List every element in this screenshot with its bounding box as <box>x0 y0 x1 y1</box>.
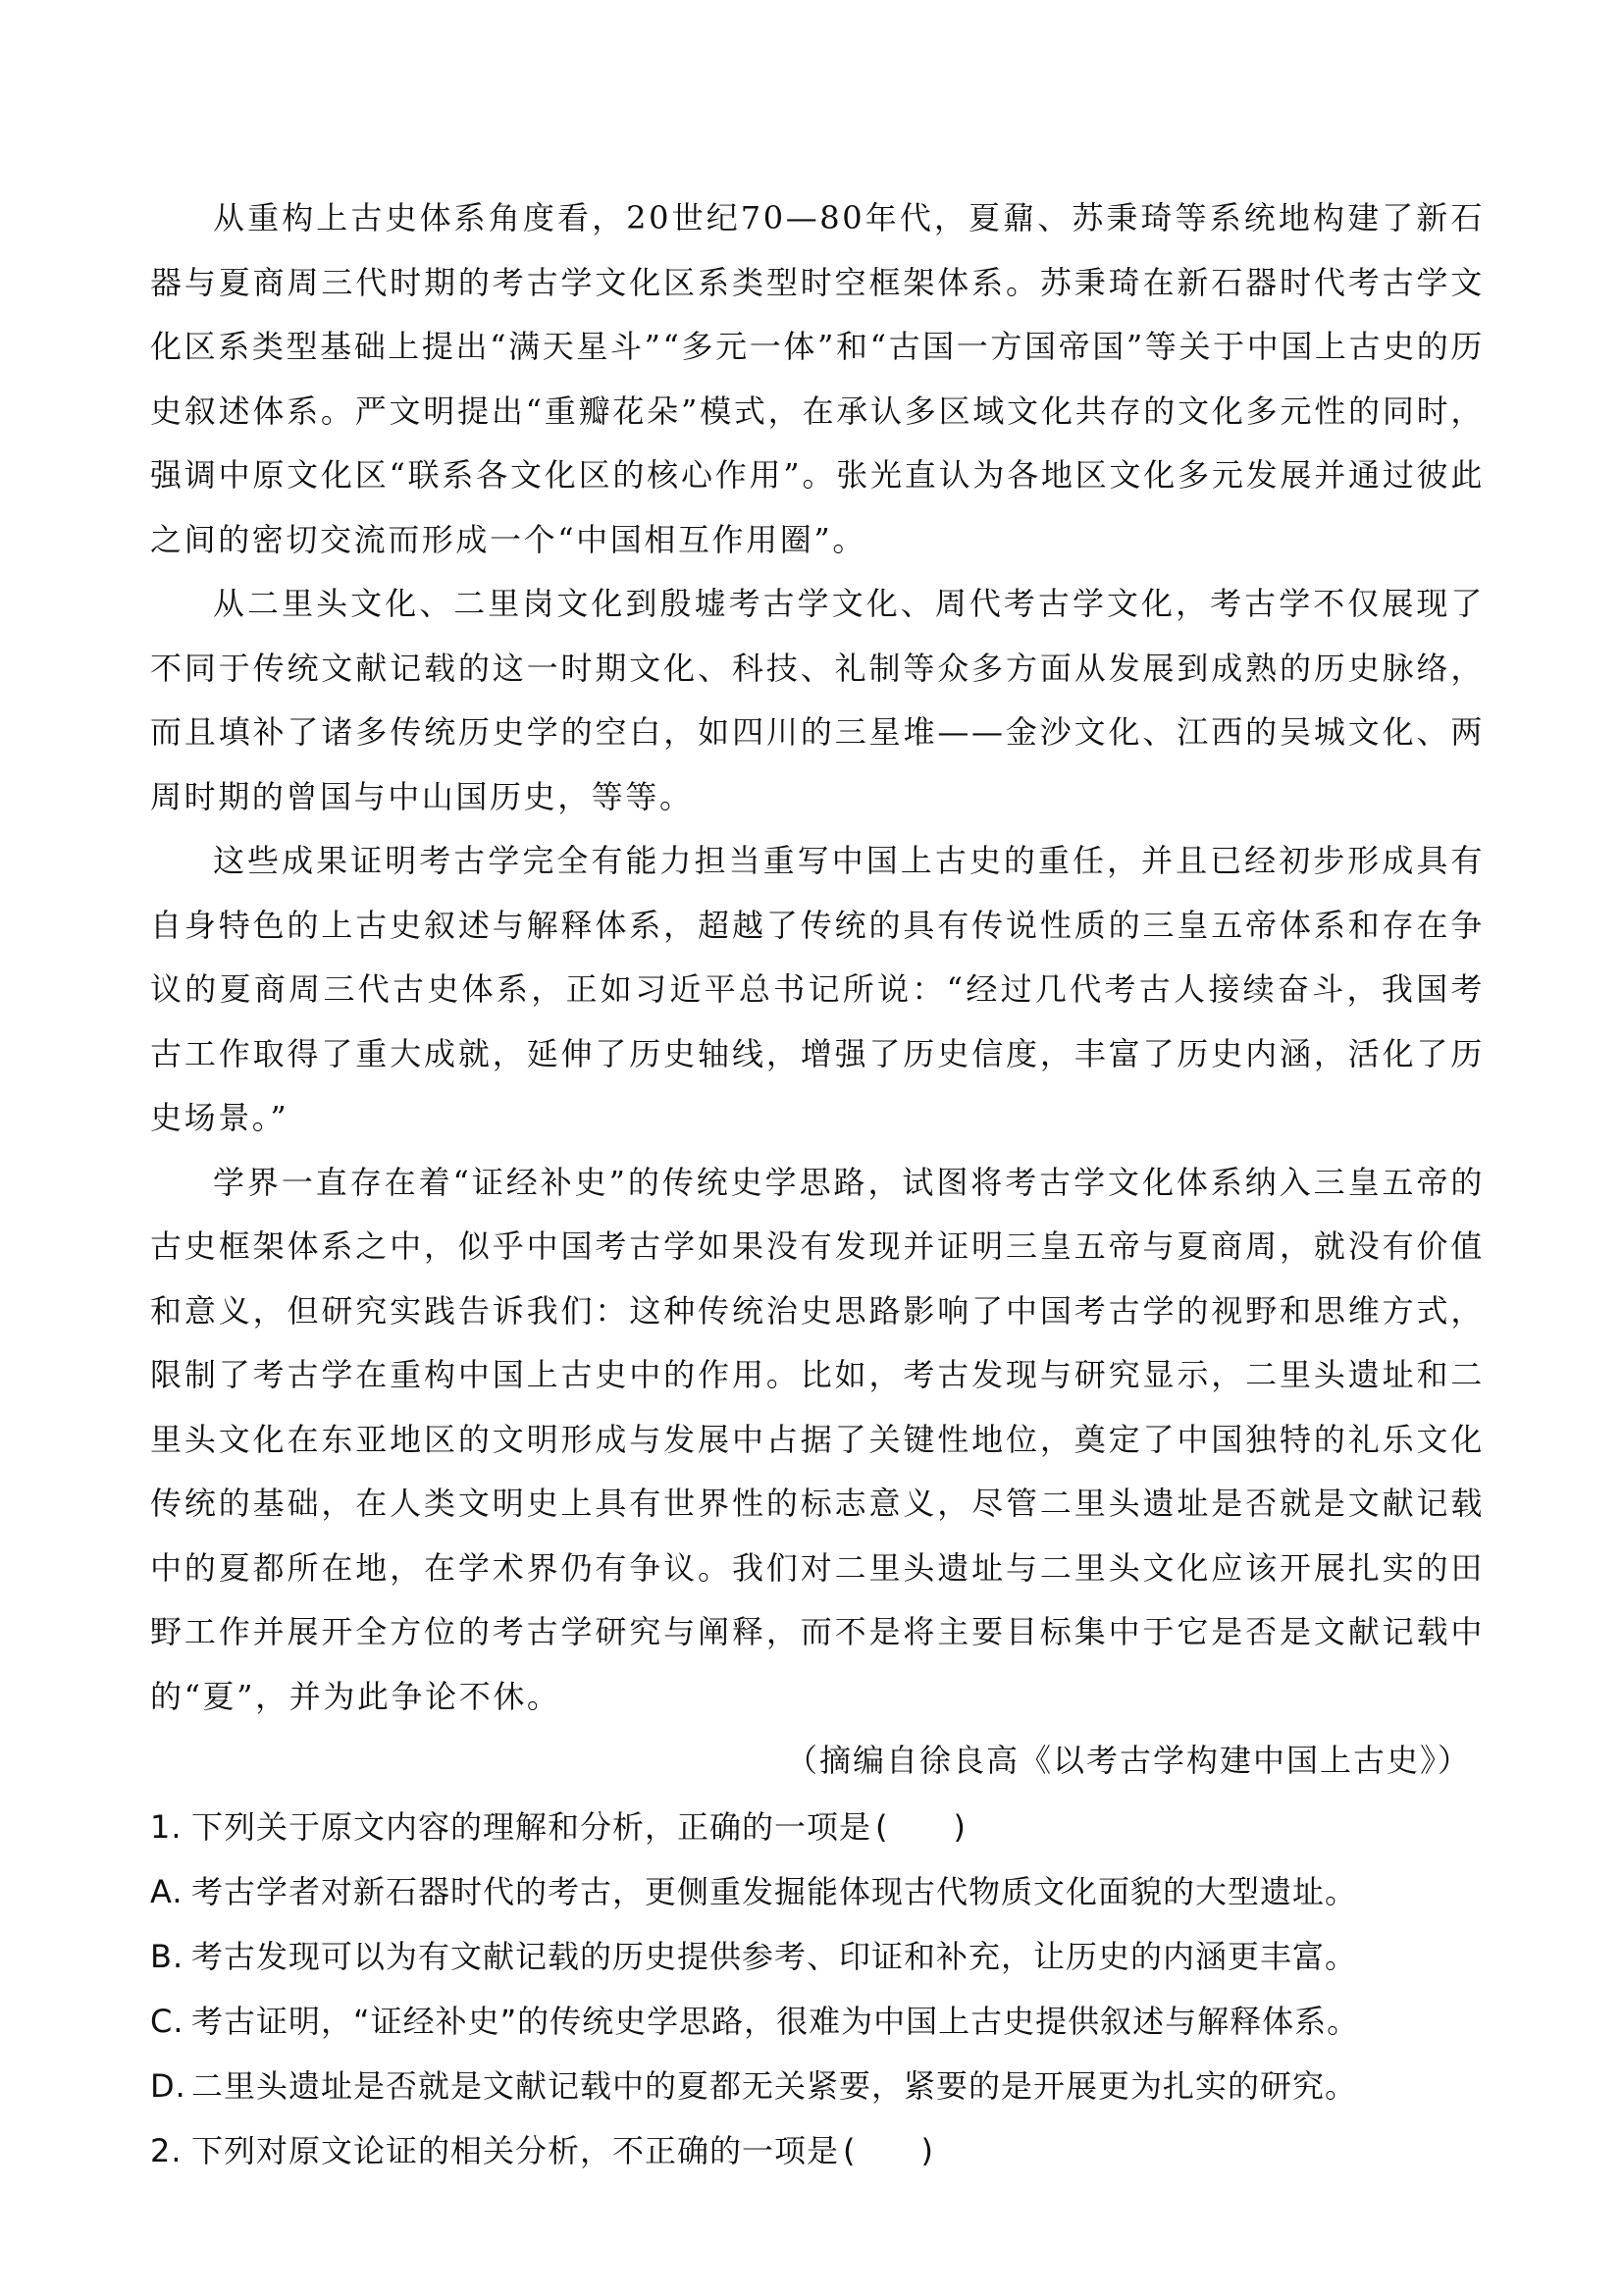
option-text: 二里头遗址是否就是文献记载中的夏都无关紧要，紧要的是开展更为扎实的研究。 <box>191 2067 1357 2105</box>
passage-source-citation: （摘编自徐良高《以考古学构建中国上古史》） <box>150 1729 1485 1793</box>
option-key: B. <box>150 1924 191 1989</box>
document-page: 从重构上古史体系角度看，20世纪70—80年代，夏鼐、苏秉琦等系统地构建了新石器… <box>150 186 1485 2183</box>
question-section: 1.下列关于原文内容的理解和分析，正确的一项是( ) A.考古学者对新石器时代的… <box>150 1795 1485 2183</box>
option-a: A.考古学者对新石器时代的考古，更侧重发掘能体现古代物质文化面貌的大型遗址。 <box>150 1859 1485 1924</box>
option-c: C.考古证明，“证经补史”的传统史学思路，很难为中国上古史提供叙述与解释体系。 <box>150 1989 1485 2054</box>
option-key: D. <box>150 2054 191 2118</box>
option-key: C. <box>150 1989 191 2054</box>
question-text: 下列关于原文内容的理解和分析，正确的一项是 <box>191 1808 871 1846</box>
passage-paragraph-1: 从重构上古史体系角度看，20世纪70—80年代，夏鼐、苏秉琦等系统地构建了新石器… <box>150 186 1485 572</box>
question-number: 1. <box>150 1795 191 1859</box>
option-text: 考古发现可以为有文献记载的历史提供参考、印证和补充，让历史的内涵更丰富。 <box>191 1938 1357 1975</box>
option-text: 考古学者对新石器时代的考古，更侧重发掘能体现古代物质文化面貌的大型遗址。 <box>191 1873 1357 1910</box>
option-key: A. <box>150 1859 191 1924</box>
answer-blank: ( ) <box>875 1795 967 1859</box>
option-b: B.考古发现可以为有文献记载的历史提供参考、印证和补充，让历史的内涵更丰富。 <box>150 1924 1485 1989</box>
reading-passage: 从重构上古史体系角度看，20世纪70—80年代，夏鼐、苏秉琦等系统地构建了新石器… <box>150 186 1485 1729</box>
question-2: 2.下列对原文论证的相关分析，不正确的一项是( ) <box>150 2118 1485 2183</box>
passage-paragraph-2: 从二里头文化、二里岗文化到殷墟考古学文化、周代考古学文化，考古学不仅展现了不同于… <box>150 572 1485 829</box>
answer-blank: ( ) <box>843 2118 934 2183</box>
question-2-stem: 2.下列对原文论证的相关分析，不正确的一项是( ) <box>150 2118 1485 2183</box>
question-1: 1.下列关于原文内容的理解和分析，正确的一项是( ) A.考古学者对新石器时代的… <box>150 1795 1485 2118</box>
option-d: D.二里头遗址是否就是文献记载中的夏都无关紧要，紧要的是开展更为扎实的研究。 <box>150 2054 1485 2118</box>
passage-paragraph-4: 学界一直存在着“证经补史”的传统史学思路，试图将考古学文化体系纳入三皇五帝的古史… <box>150 1151 1485 1730</box>
question-text: 下列对原文论证的相关分析，不正确的一项是 <box>191 2132 839 2169</box>
option-text: 考古证明，“证经补史”的传统史学思路，很难为中国上古史提供叙述与解释体系。 <box>191 2003 1359 2040</box>
question-1-stem: 1.下列关于原文内容的理解和分析，正确的一项是( ) <box>150 1795 1485 1859</box>
passage-paragraph-3: 这些成果证明考古学完全有能力担当重写中国上古史的重任，并且已经初步形成具有自身特… <box>150 829 1485 1151</box>
question-number: 2. <box>150 2118 191 2183</box>
